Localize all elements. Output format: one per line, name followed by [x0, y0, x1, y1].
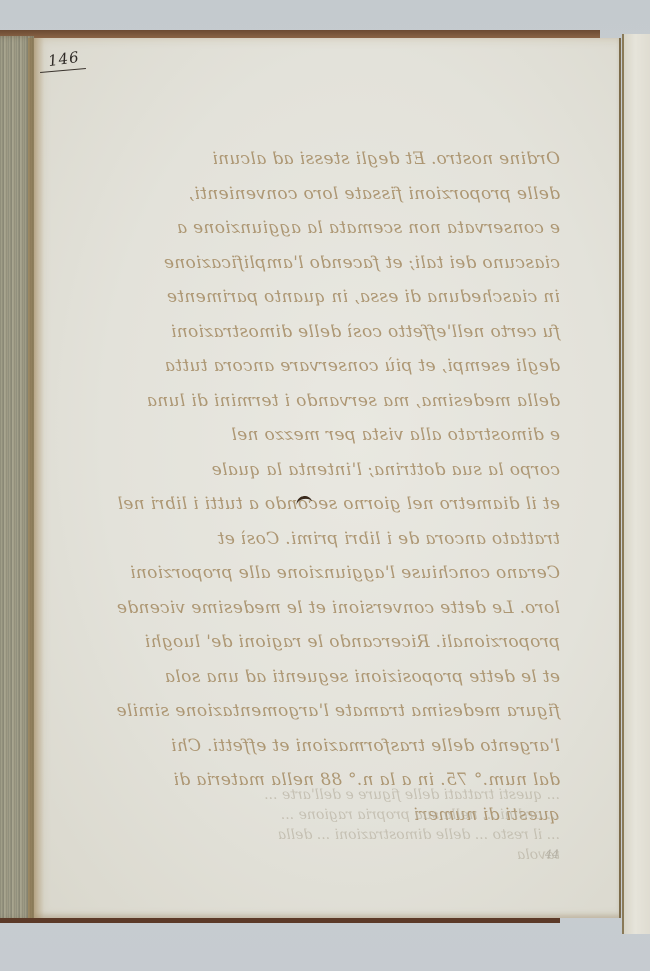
text-line: e dimostrato alla vista per mezzo nel [150, 418, 560, 453]
text-line: Cerano conchiuse l'aggiunzione alle prop… [150, 556, 560, 591]
text-line: trattato ancora de i libri primi. Così e… [150, 522, 560, 557]
bleed-through-text: Ordine nostro. Et degli stessi ad alcuni… [150, 142, 560, 832]
text-line: ciascuno dei tali; et facendo l'amplific… [150, 246, 560, 281]
corner-annotation: 44 [545, 848, 559, 861]
text-line: et il diametro nel giorno secondo a tutt… [150, 487, 560, 522]
faint-bleed-through-text: ... questi trattati delle figure e dell'… [150, 785, 560, 865]
page-stack-shadow [28, 38, 44, 918]
faint-text-line: ... il resto ... delle dimostrazioni ...… [150, 825, 560, 845]
text-line: loro. Le dette conversioni et le medesim… [150, 591, 560, 626]
text-line: figura medesima tramate l'argomentazione… [150, 694, 560, 729]
text-line: della medesima, ma servando i termini di… [150, 384, 560, 419]
page-gutter-line [619, 38, 621, 918]
faint-text-line: ... ordini ... nella sua propria ragione… [150, 805, 560, 825]
text-line: fu certo nell'effetto così delle dimostr… [150, 315, 560, 350]
text-line: degli esempi, et più conservare ancora t… [150, 349, 560, 384]
text-line: corpo la sua dottrina; l'intenta la qual… [150, 453, 560, 488]
text-line: l'argento delle trasformazioni et effett… [150, 729, 560, 764]
text-line: et le dette proposizioni seguenti ad una… [150, 660, 560, 695]
book-cover-bottom-edge [0, 918, 560, 923]
faint-text-line: ... questi trattati delle figure e dell'… [150, 785, 560, 805]
text-line: Ordine nostro. Et degli stessi ad alcuni [150, 142, 560, 177]
text-line: in ciascheduna di essa, in quanto parime… [150, 280, 560, 315]
text-line: e conservata non scemata la aggiunzione … [150, 211, 560, 246]
faint-text-line: tavola [150, 845, 560, 865]
text-line: delle proporzioni fissate loro convenien… [150, 177, 560, 212]
adjacent-page-edge [622, 34, 650, 934]
text-line: proporzionali. Ricercando le ragioni de'… [150, 625, 560, 660]
scan-scene: 146 Ordine nostro. Et degli stessi ad al… [0, 0, 650, 971]
book-cover-top-edge [0, 30, 600, 38]
